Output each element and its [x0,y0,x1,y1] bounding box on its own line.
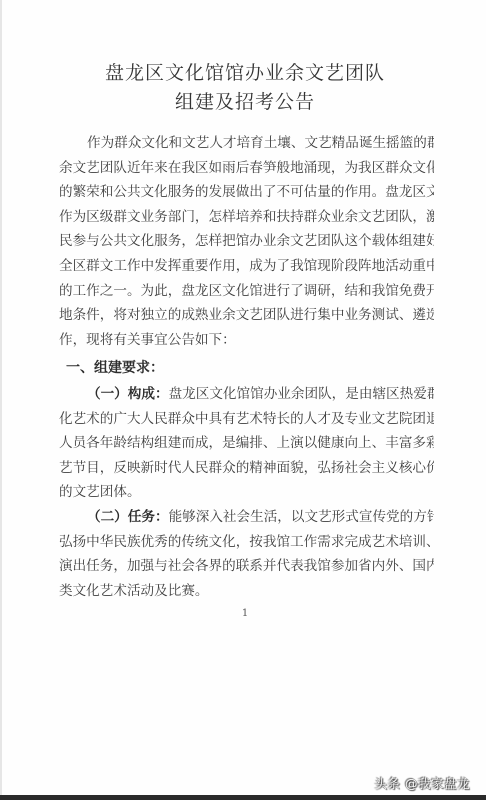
item-text: 能够深入社会生活，以文艺形式宣传党的方针政策， [169,509,434,525]
text-line: 作为区级群文业务部门，怎样培养和扶持群众业余文艺团队，激励全 [59,205,434,230]
page-number: 1 [2,608,486,619]
item-label: （一）构成： [87,386,169,402]
item-tasks: （二）任务：能够深入社会生活，以文艺形式宣传党的方针政策， 弘扬中华民族优秀的传… [59,505,434,603]
intro-paragraph: 作为群众文化和文艺人才培育土壤、文艺精品诞生摇篮的群众业 余文艺团队近年来在我区… [59,131,434,352]
text-line: 地条件，将对独立的成熟业余文艺团队进行集中业务测试、遴选等工 [59,303,434,328]
document-title-line-1: 盘龙区文化馆馆办业余文艺团队 [2,58,486,85]
text-line: 作为群众文化和文艺人才培育土壤、文艺精品诞生摇篮的群众业 [59,131,434,156]
text-line: （一）构成：盘龙区文化馆馆办业余团队，是由辖区热爱群众文 [59,382,434,407]
document-title-line-2: 组建及招考公告 [2,87,486,114]
text-line: 民参与公共文化服务，怎样把馆办业余文艺团队这个载体组建好并在 [59,229,434,254]
text-line: 全区群文工作中发挥重要作用，成为了我馆现阶段阵地活动重中之重 [59,254,434,279]
text-line: 人员各年龄结构组建而成，是编排、上演以健康向上、丰富多彩的文 [59,431,434,456]
bottom-edge-bar [0,795,486,800]
item-composition: （一）构成：盘龙区文化馆馆办业余团队，是由辖区热爱群众文 化艺术的广大人民群众中… [59,382,434,505]
text-line: （二）任务：能够深入社会生活，以文艺形式宣传党的方针政策， [59,505,434,530]
text-line: 艺节目，反映新时代人民群众的精神面貌，弘扬社会主义核心价值观 [59,456,434,481]
text-line: 弘扬中华民族优秀的传统文化，按我馆工作需求完成艺术培训、排练、 [59,530,434,555]
text-line: 的文艺团体。 [59,480,434,505]
item-label: （二）任务： [87,509,169,525]
text-line: 类文化艺术活动及比赛。 [59,579,434,604]
text-line: 余文艺团队近年来在我区如雨后春笋般地涌现，为我区群众文化事业 [59,156,434,181]
text-line: 演出任务，加强与社会各界的联系并代表我馆参加省内外、国内外各 [59,554,434,579]
item-text: 盘龙区文化馆馆办业余团队，是由辖区热爱群众文 [169,386,434,402]
text-line: 的工作之一。为此，盘龙区文化馆进行了调研，结和我馆免费开放场 [59,279,434,304]
text-line: 化艺术的广大人民群众中具有艺术特长的人才及专业文艺院团退休 [59,407,434,432]
text-line: 作，现将有关事宜公告如下： [59,328,434,353]
source-watermark: 头条 @我家盘龙 [375,774,470,792]
section-heading-requirements: 一、组建要求： [66,357,164,377]
document-page: 盘龙区文化馆馆办业余文艺团队 组建及招考公告 作为群众文化和文艺人才培育土壤、文… [0,0,486,795]
text-line: 的繁荣和公共文化服务的发展做出了不可估量的作用。盘龙区文化馆 [59,180,434,205]
